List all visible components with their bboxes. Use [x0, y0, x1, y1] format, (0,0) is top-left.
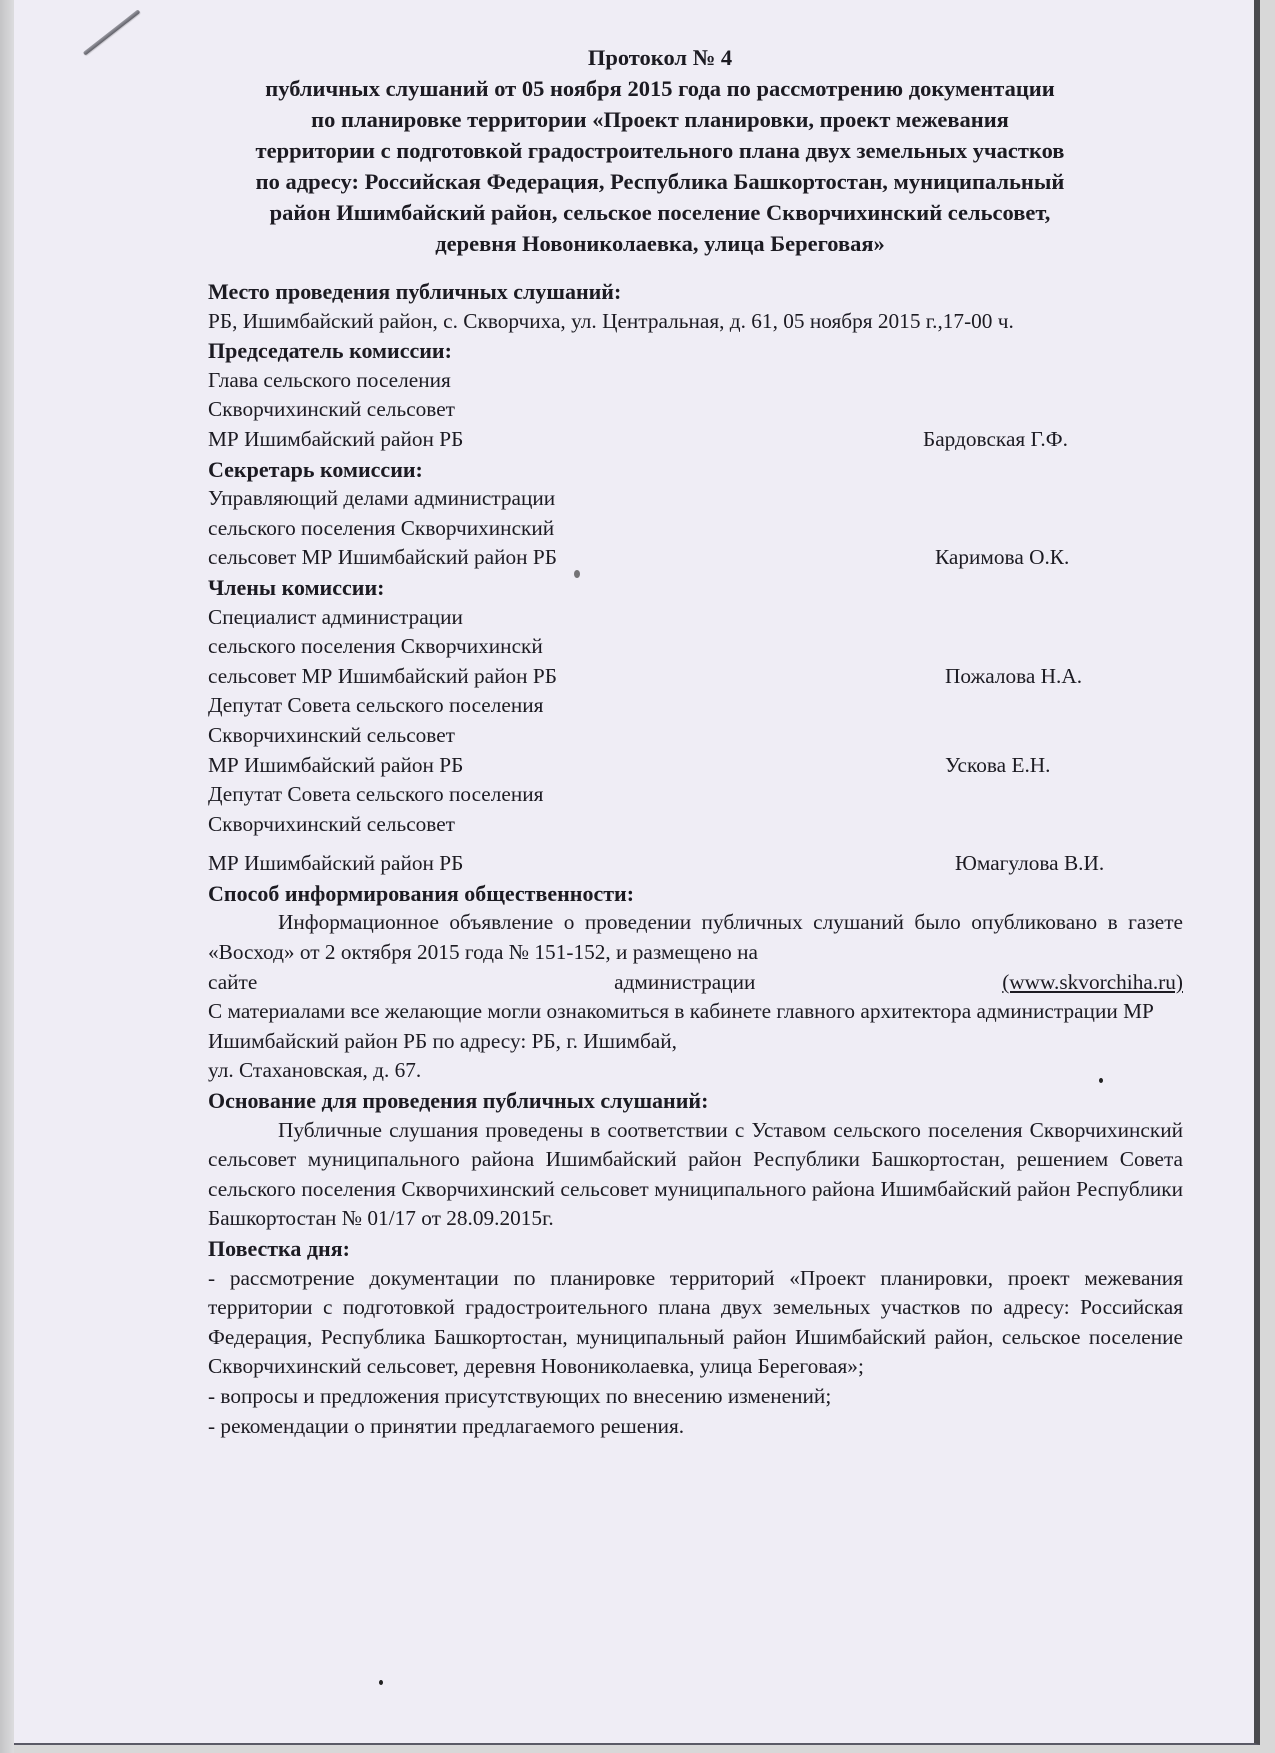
notification-section: Способ информирования общественности: Ин… — [208, 879, 1183, 1086]
agenda-item: - рассмотрение документации по планировк… — [208, 1264, 1183, 1382]
subtitle-line: по планировке территории «Проект планиро… — [180, 104, 1140, 135]
secretary-heading: Секретарь комиссии: — [208, 455, 1183, 485]
basis-section: Основание для проведения публичных слуша… — [208, 1086, 1183, 1234]
notification-paragraph: Информационное объявление о проведении п… — [208, 908, 1183, 967]
agenda-heading: Повестка дня: — [208, 1234, 1183, 1264]
members-heading: Члены комиссии: — [208, 573, 1183, 603]
agenda-item: - вопросы и предложения присутствующих п… — [208, 1382, 1183, 1412]
secretary-position: Управляющий делами администрации — [208, 484, 1183, 514]
website-link[interactable]: (www.skvorchiha.ru) — [1002, 968, 1183, 998]
member-position: МР Ишимбайский район РБ — [208, 751, 463, 781]
member-position: Скворчихинский сельсовет — [208, 810, 1183, 840]
member-position: Депутат Совета сельского поселения — [208, 780, 1183, 810]
member-position: МР Ишимбайский район РБ — [208, 849, 463, 879]
member-name: Ускова Е.Н. — [945, 751, 1205, 781]
member-entry: Депутат Совета сельского поселения Сквор… — [208, 780, 1183, 879]
member-entry: Депутат Совета сельского поселения Сквор… — [208, 691, 1183, 780]
admin-word: администрации — [614, 968, 755, 998]
chairman-position: Глава сельского поселения — [208, 366, 1183, 396]
subtitle-line: территории с подготовкой градостроительн… — [180, 135, 1140, 166]
scan-speck — [379, 1680, 383, 1685]
materials-address: ул. Стахановская, д. 67. — [208, 1056, 1183, 1086]
subtitle-line: публичных слушаний от 05 ноября 2015 год… — [180, 73, 1140, 104]
secretary-name: Каримова О.К. — [935, 543, 1195, 573]
agenda-section: Повестка дня: - рассмотрение документаци… — [208, 1234, 1183, 1441]
member-entry: Специалист администрации сельского посел… — [208, 603, 1183, 692]
chairman-section: Председатель комиссии: Глава сельского п… — [208, 336, 1183, 454]
venue-heading: Место проведения публичных слушаний: — [208, 277, 1183, 307]
member-position: сельского поселения Скворчихинскй — [208, 632, 1183, 662]
secretary-section: Секретарь комиссии: Управляющий делами а… — [208, 455, 1183, 573]
chairman-position: МР Ишимбайский район РБ — [208, 425, 463, 455]
chairman-name: Бардовская Г.Ф. — [923, 425, 1183, 455]
member-position: Депутат Совета сельского поселения — [208, 691, 1183, 721]
venue-text: РБ, Ишимбайский район, с. Скворчиха, ул.… — [208, 307, 1183, 337]
chairman-heading: Председатель комиссии: — [208, 336, 1183, 366]
subtitle-line: деревня Новониколаевка, улица Береговая» — [180, 228, 1140, 259]
subtitle-line: по адресу: Российская Федерация, Республ… — [180, 166, 1140, 197]
member-name: Пожалова Н.А. — [945, 662, 1205, 692]
protocol-title: Протокол № 4 — [180, 42, 1140, 73]
chairman-position: Скворчихинский сельсовет — [208, 395, 1183, 425]
basis-heading: Основание для проведения публичных слуша… — [208, 1086, 1183, 1116]
staple-mark — [83, 9, 141, 55]
document-header: Протокол № 4 публичных слушаний от 05 но… — [180, 42, 1140, 259]
venue-section: Место проведения публичных слушаний: РБ,… — [208, 277, 1183, 336]
member-position: Специалист администрации — [208, 603, 1183, 633]
basis-paragraph: Публичные слушания проведены в соответст… — [208, 1116, 1183, 1234]
materials-text: С материалами все желающие могли ознаком… — [208, 997, 1183, 1056]
secretary-position: сельского поселения Скворчихинский — [208, 514, 1183, 544]
notification-heading: Способ информирования общественности: — [208, 879, 1183, 909]
site-word: сайте — [208, 968, 257, 998]
agenda-item: - рекомендации о принятии предлагаемого … — [208, 1412, 1183, 1442]
scan-left-edge — [0, 0, 14, 1753]
members-section: Члены комиссии: Специалист администрации… — [208, 573, 1183, 879]
member-position: сельсовет МР Ишимбайский район РБ — [208, 662, 557, 692]
subtitle-line: район Ишимбайский район, сельское поселе… — [180, 197, 1140, 228]
document-body: Место проведения публичных слушаний: РБ,… — [208, 277, 1183, 1441]
secretary-position: сельсовет МР Ишимбайский район РБ — [208, 543, 557, 573]
member-position: Скворчихинский сельсовет — [208, 721, 1183, 751]
member-name: Юмагулова В.И. — [955, 849, 1215, 879]
